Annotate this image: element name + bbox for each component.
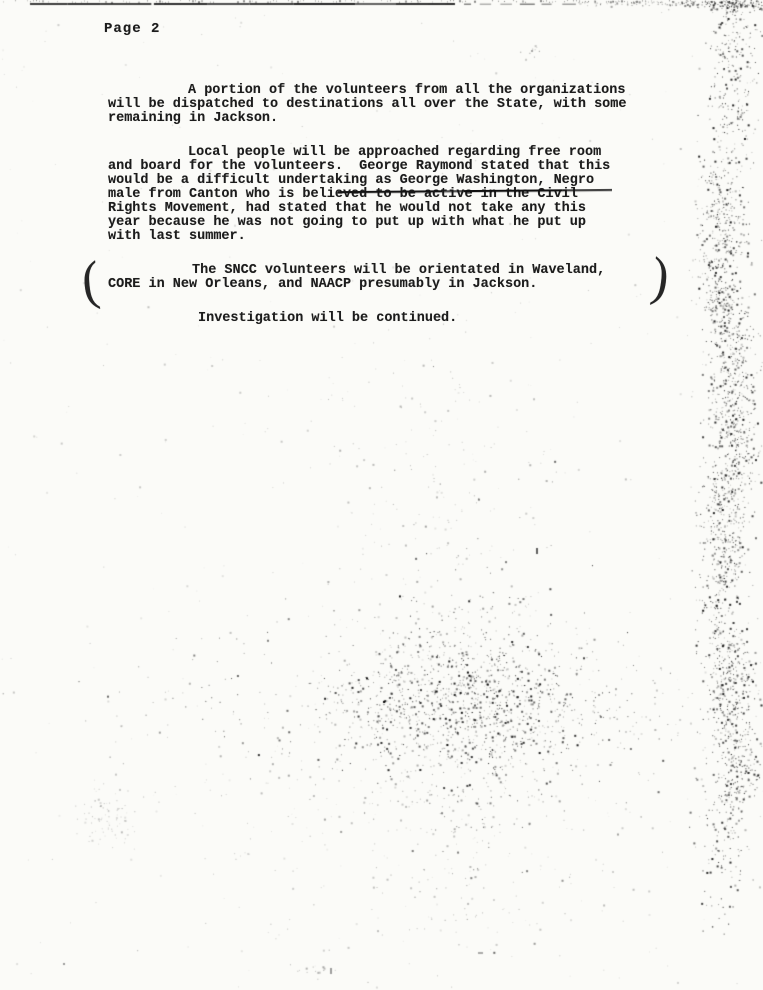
paragraph-investigation-continued: Investigation will be continued. [108,312,693,326]
text-line: Rights Movement, had stated that he woul… [108,202,693,216]
scanned-document-page: Page 2 A portion of the volunteers from … [0,0,763,990]
text-line: CORE in New Orleans, and NAACP presumabl… [108,278,693,292]
page-number: Page 2 [104,21,160,37]
paragraph-orientation-locations: The SNCC volunteers will be orientated i… [108,264,693,292]
text-line: The SNCC volunteers will be orientated i… [108,264,693,278]
text-line: year because he was not going to put up … [108,216,693,230]
text-line: remaining in Jackson. [108,112,693,126]
paragraph-volunteers-dispatch: A portion of the volunteers from all the… [108,84,693,126]
text-line: with last summer. [108,230,693,244]
text-line: Investigation will be continued. [108,312,693,326]
text-line: would be a difficult undertaking as Geor… [108,174,693,188]
text-line: and board for the volunteers. George Ray… [108,160,693,174]
text-line: will be dispatched to destinations all o… [108,98,693,112]
document-body: A portion of the volunteers from all the… [108,84,693,346]
text-line: Local people will be approached regardin… [108,146,693,160]
paragraph-room-and-board: Local people will be approached regardin… [108,146,693,244]
text-line: A portion of the volunteers from all the… [108,84,693,98]
